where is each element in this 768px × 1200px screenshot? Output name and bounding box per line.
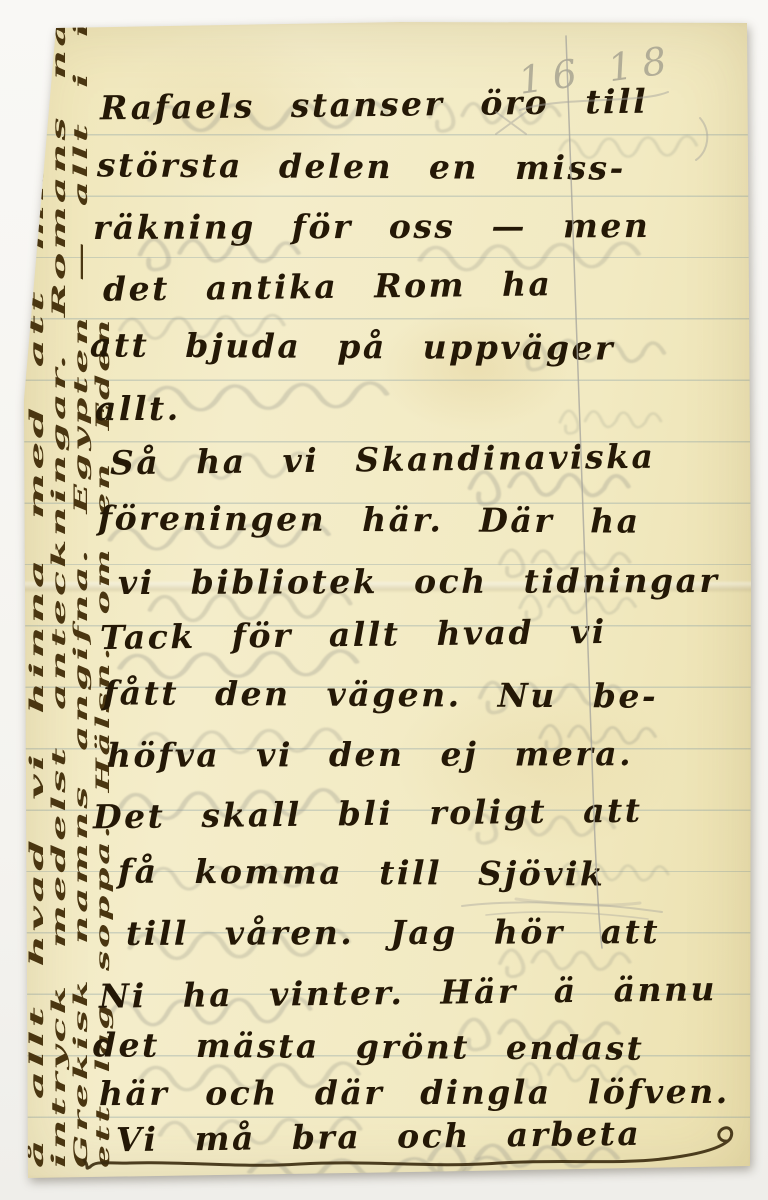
letter-line: vi bibliotek och tidningar [118,564,719,599]
letter-line: Ni ha vinter. Här ä ännu [99,972,717,1013]
letter-line: det mästa grönt endast [93,1028,644,1064]
letter-line: till våren. Jag hör att [126,915,660,950]
letter-line: Tack för allt hvad vi [100,615,607,654]
paper-sheet: å allt hvad vi hinna med att missa alla … [20,20,755,1182]
letter-line: få komma till Sjövik [118,855,606,891]
letter-line: här och där dingla löfven. [99,1075,730,1110]
letter-line: största delen en miss- [97,148,626,184]
letter-line: Det skall bli roligt att [93,794,643,834]
letter-line: fått den vägen. Nu be- [103,676,658,712]
pencil-scribble [696,118,707,160]
letter-line: det antika Rom ha [103,267,553,305]
margin-note-line: intryck medelst anteckningar. Romans nam… [48,0,70,1168]
letter-line: Vi må bra och arbeta [116,1117,642,1156]
pencil-smudge [516,899,640,905]
letter-line: räkning för oss — men [93,209,650,244]
letter-line: höfva vi den ej mera. [107,737,633,772]
letter-line: allt. [95,392,181,425]
letter-line: föreningen här. Där ha [98,501,641,537]
margin-note-line: å allt hvad vi hinna med att missa alla … [26,0,48,1168]
scan-area: å allt hvad vi hinna med att missa alla … [0,0,768,1200]
letter-line: att bjuda på uppväger [90,328,615,364]
pencil-smudge [462,902,662,912]
margin-note-line: Grekisk namns angifna. Egypten — allt i … [70,0,92,1168]
letter-line: Så ha vi Skandinaviska [110,440,656,480]
